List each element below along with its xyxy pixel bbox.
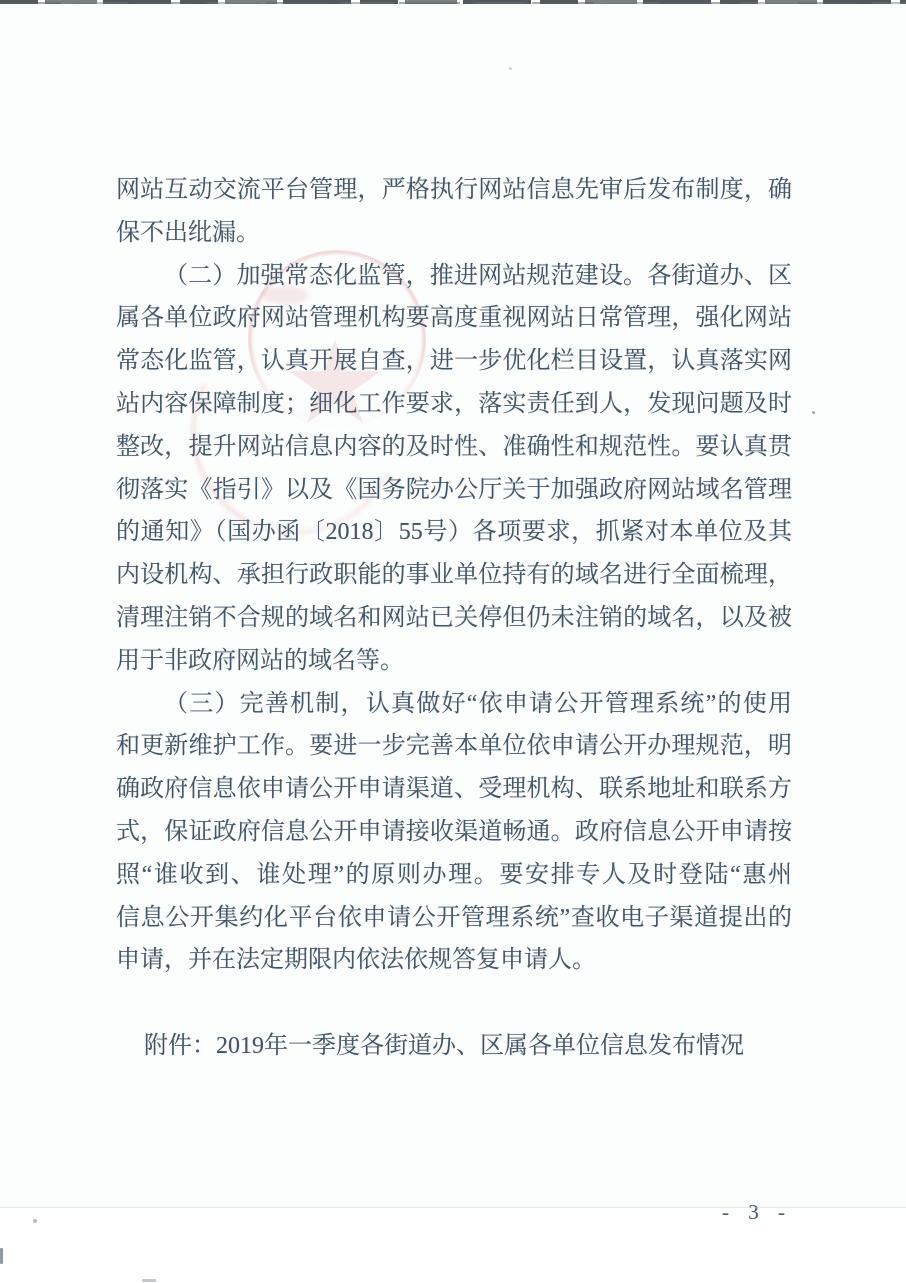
text-line: 用于非政府网站的域名等。 [116,640,792,683]
scan-speck [0,1248,3,1264]
text-line: 彻落实《指引》以及《国务院办公厅关于加强政府网站域名管理 [116,469,792,512]
text-line: 网站互动交流平台管理，严格执行网站信息先审后发布制度，确 [116,169,792,212]
text-line: 清理注销不合规的域名和网站已关停但仍未注销的域名，以及被 [116,597,792,640]
scan-speck [142,1279,156,1282]
text-line: 信息公开集约化平台依申请公开管理系统”查收电子渠道提出的 [116,897,792,940]
scan-artifact-top-edge2 [0,2,906,4]
attachment-line: 附件：2019年一季度各街道办、区属各单位信息发布情况 [116,1025,792,1068]
scan-speck [33,1219,37,1223]
page-number: - 3 - [722,1200,792,1225]
text-line: 属各单位政府网站管理机构要高度重视网站日常管理，强化网站 [116,297,792,340]
document-body: 网站互动交流平台管理，严格执行网站信息先审后发布制度，确 保不出纰漏。 （二）加… [116,169,792,1068]
scanned-document-page: 网站互动交流平台管理，严格执行网站信息先审后发布制度，确 保不出纰漏。 （二）加… [0,0,906,1283]
text-line: 申请，并在法定期限内依法依规答复申请人。 [116,939,792,982]
scan-speck [509,67,512,70]
text-line: 站内容保障制度；细化工作要求，落实责任到人，发现问题及时 [116,383,792,426]
scan-speck [812,411,815,414]
text-line: 整改，提升网站信息内容的及时性、准确性和规范性。要认真贯 [116,426,792,469]
text-line: 式，保证政府信息公开申请接收渠道畅通。政府信息公开申请按 [116,811,792,854]
text-line: 保不出纰漏。 [116,212,792,255]
text-line: （三）完善机制，认真做好“依申请公开管理系统”的使用 [116,683,792,726]
text-line: （二）加强常态化监管，推进网站规范建设。各街道办、区 [116,255,792,298]
text-line: 内设机构、承担行政职能的事业单位持有的域名进行全面梳理， [116,554,792,597]
text-line: 常态化监管，认真开展自查，进一步优化栏目设置，认真落实网 [116,340,792,383]
text-line: 的通知》（国办函〔2018〕55号）各项要求，抓紧对本单位及其 [116,511,792,554]
text-line: 确政府信息依申请公开申请渠道、受理机构、联系地址和联系方 [116,768,792,811]
text-line: 照“谁收到、谁处理”的原则办理。要安排专人及时登陆“惠州 [116,854,792,897]
scan-artifact-faint-line [0,1207,906,1208]
text-line: 和更新维护工作。要进一步完善本单位依申请公开办理规范，明 [116,725,792,768]
